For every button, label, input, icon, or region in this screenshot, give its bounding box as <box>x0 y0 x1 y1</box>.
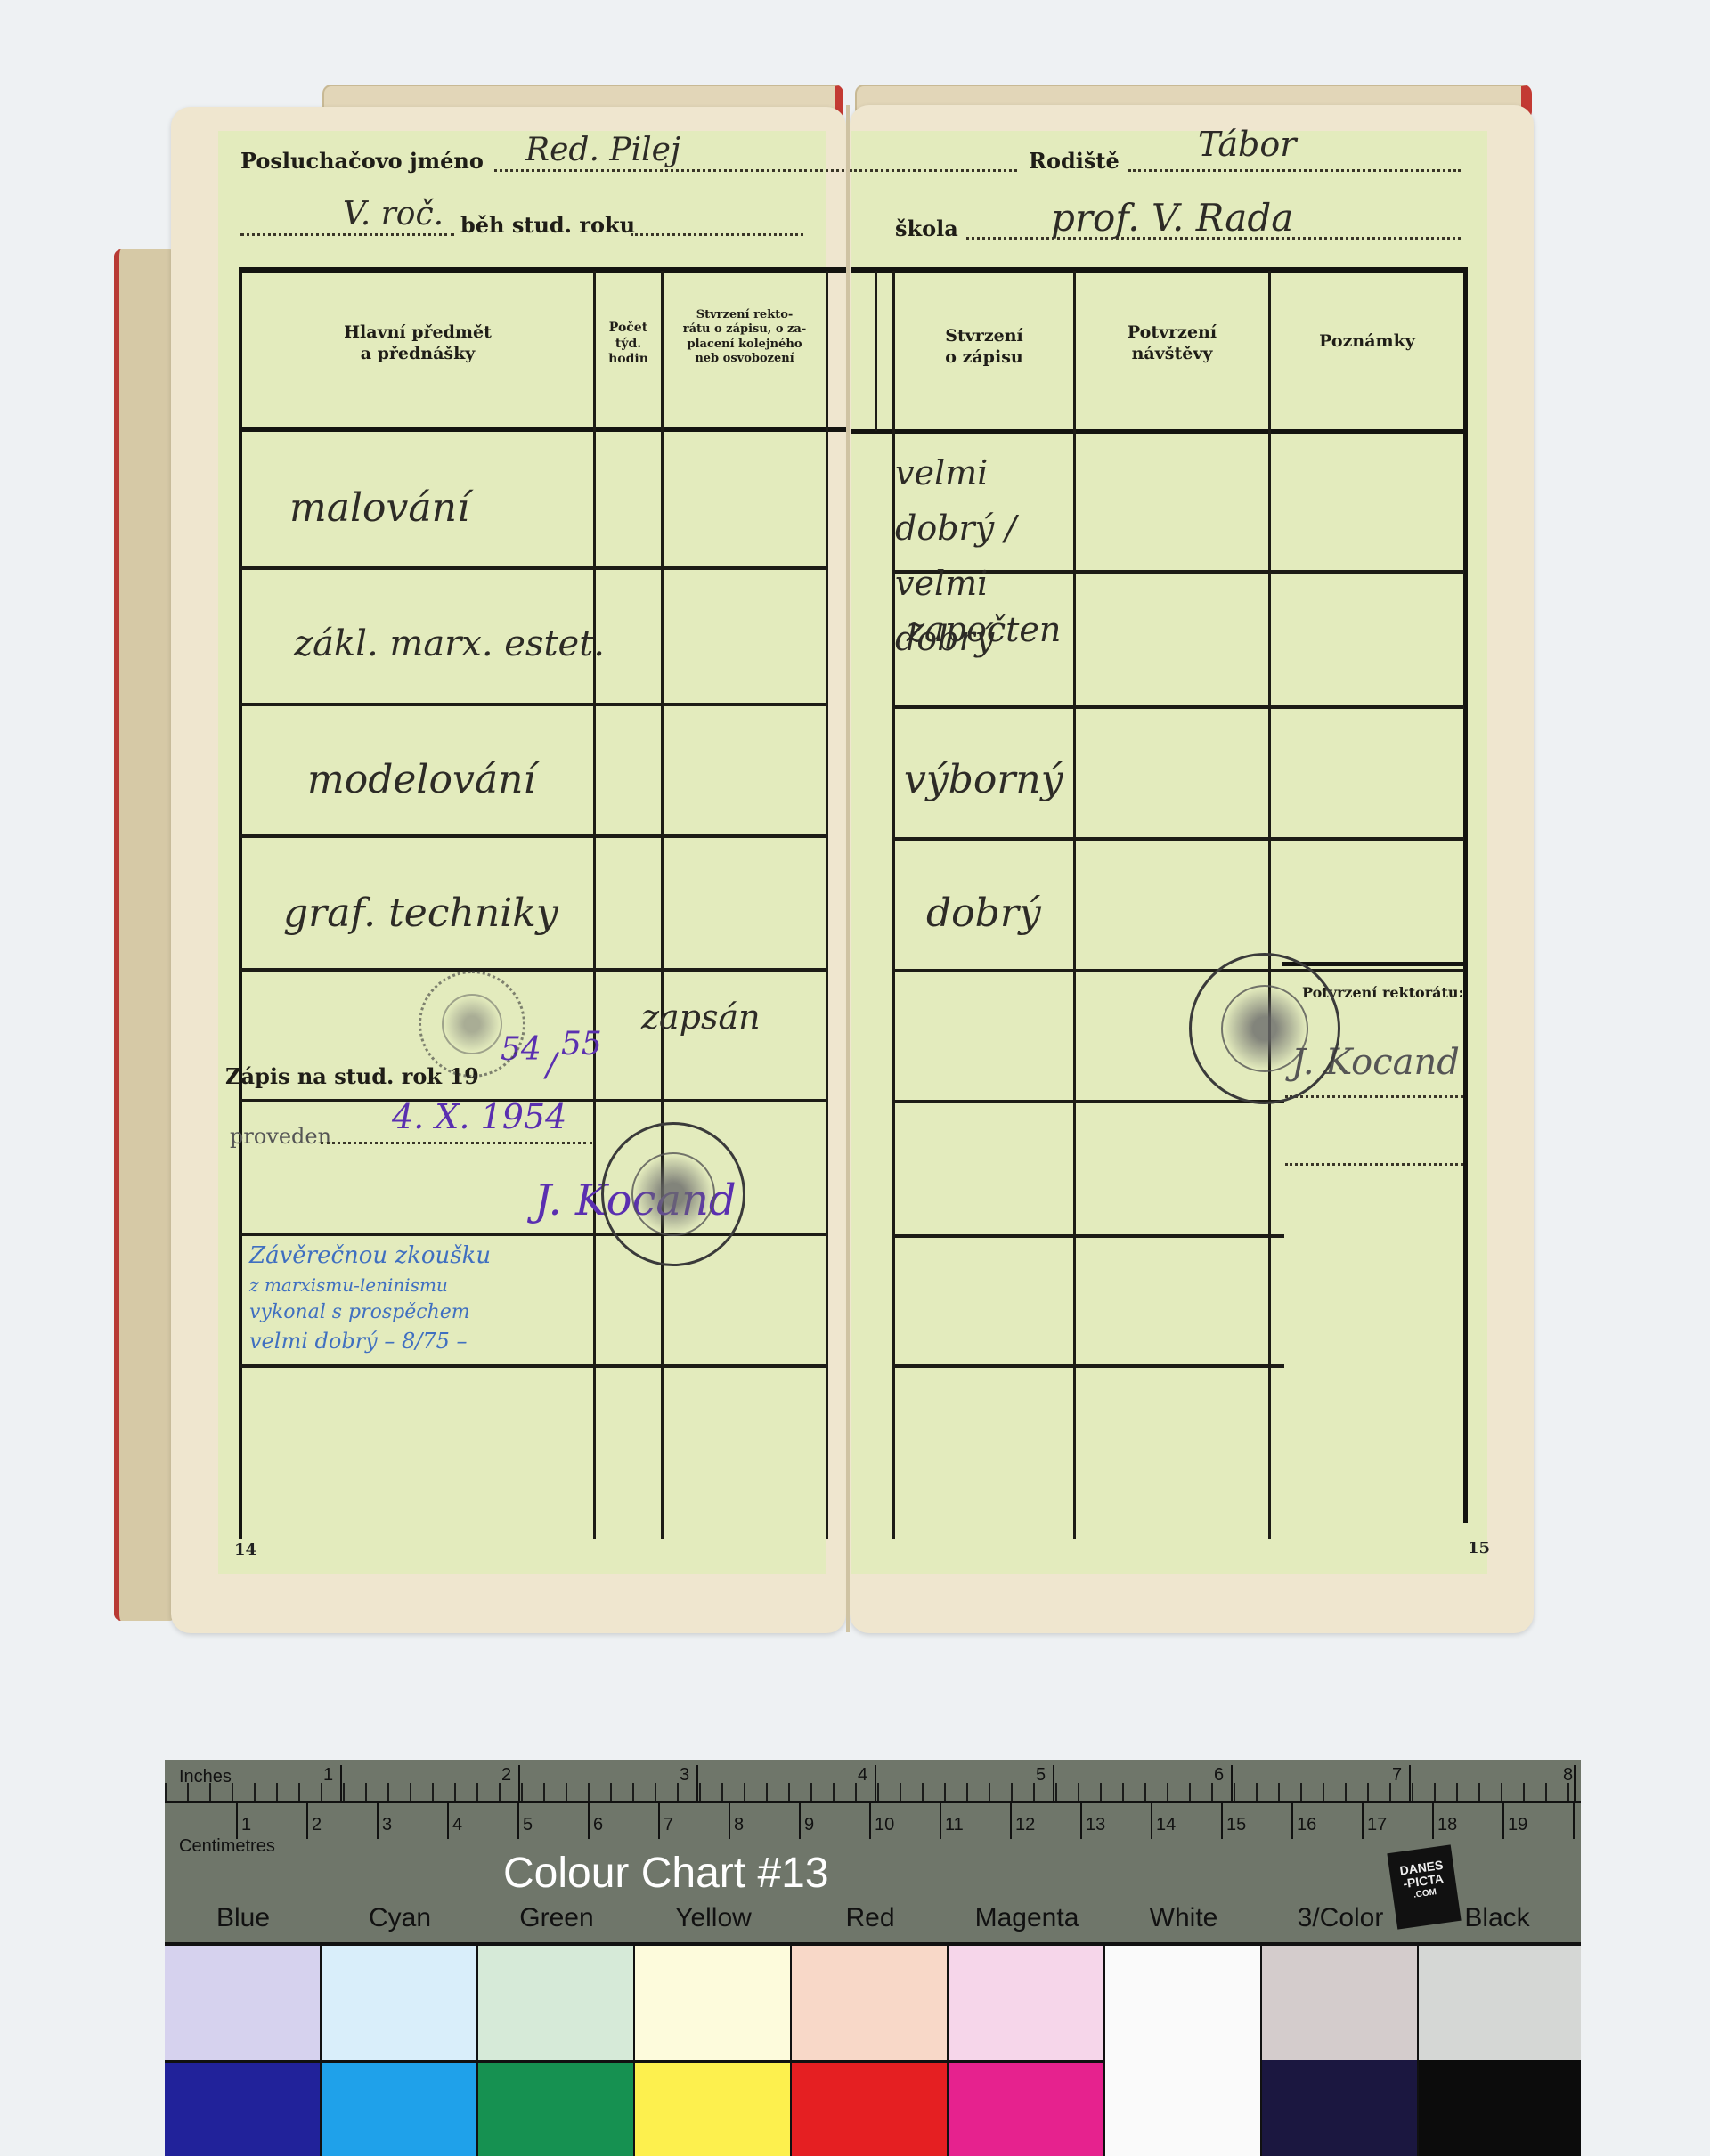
cm-mark: 4 <box>452 1815 462 1835</box>
header-line: Stvrzení rekto- <box>664 308 826 322</box>
row-divider <box>892 969 1464 972</box>
table-row-rectorate: zapsán <box>641 997 761 1037</box>
table-row-subject: graf. techniky <box>283 891 558 936</box>
swatch-label-white: White <box>1105 1903 1262 1933</box>
header-subject: Hlavní předmět a přednášky <box>242 322 593 365</box>
swatch-label-black: Black <box>1419 1903 1576 1933</box>
cm-mark: 18 <box>1437 1815 1457 1835</box>
swatch-dark-blue <box>165 2063 322 2156</box>
page-number-right: 15 <box>1468 1539 1490 1558</box>
year-line-left <box>240 233 454 236</box>
cm-mark: 12 <box>1015 1815 1035 1835</box>
swatch-dark-yellow <box>635 2063 792 2156</box>
year-label: běh stud. roku <box>460 212 635 238</box>
cm-mark: 16 <box>1297 1815 1316 1835</box>
header-enrol: Stvrzení o zápisu <box>895 326 1073 369</box>
header-line: o zápisu <box>895 347 1073 369</box>
swatch-label-magenta: Magenta <box>949 1903 1105 1933</box>
year-line-right <box>631 233 803 236</box>
table-row-enrol: dobrý <box>926 891 1041 936</box>
header-line: neb osvobození <box>664 352 826 366</box>
header-rectorate: Stvrzení rekto- rátu o zápisu, o za- pla… <box>664 308 826 366</box>
year-value: V. roč. <box>343 196 444 232</box>
cm-mark: 10 <box>875 1815 894 1835</box>
swatch-light-3color <box>1262 1946 1419 2060</box>
rectorate-box-top <box>1282 962 1465 966</box>
swatch-dark-magenta <box>949 2063 1105 2156</box>
header-line: rátu o zápisu, o za- <box>664 322 826 337</box>
swatch-dark-red <box>792 2063 949 2156</box>
cm-mark: 19 <box>1508 1815 1527 1835</box>
header-attendance: Potvrzení návštěvy <box>1076 322 1268 365</box>
rectorate-second-line <box>1285 1163 1463 1166</box>
col-divider <box>875 271 877 431</box>
table-row-subject: zákl. marx. estet. <box>294 623 605 664</box>
header-hours: Počet týd. hodin <box>596 321 661 368</box>
swatch-light-red <box>792 1946 949 2060</box>
note-line: vykonal s prospěchem <box>249 1298 491 1327</box>
cm-mark: 17 <box>1367 1815 1387 1835</box>
smudged-stamp <box>419 971 525 1078</box>
header-line: hodin <box>596 352 661 368</box>
header-line: a přednášky <box>242 344 593 365</box>
swatch-white <box>1105 1946 1262 2156</box>
header-line: Potvrzení <box>1076 322 1268 344</box>
performed-date: 4. X. 1954 <box>392 1097 566 1136</box>
table-left-border <box>239 267 242 1539</box>
header-line: Počet <box>596 321 661 337</box>
swatch-dark-3color <box>1262 2060 1419 2156</box>
header-line: Hlavní předmět <box>242 322 593 344</box>
row-divider <box>892 837 1464 841</box>
table-row-enrol: výborný <box>904 757 1063 802</box>
cm-mark: 3 <box>382 1815 392 1835</box>
school-label: škola <box>895 216 958 241</box>
name-line-continued <box>850 169 1017 172</box>
note-line: Závěrečnou zkoušku <box>249 1240 491 1272</box>
cm-mark: 11 <box>945 1815 964 1835</box>
book-gutter <box>846 105 850 1632</box>
row-divider <box>892 1364 1284 1368</box>
student-name-value: Red. Pilej <box>525 132 680 168</box>
page-number-left: 14 <box>234 1541 256 1559</box>
swatch-label-green: Green <box>478 1903 635 1933</box>
col-divider <box>826 271 828 1539</box>
table-row-subject: malování <box>289 485 469 531</box>
table-row-subject: modelování <box>307 757 535 802</box>
school-value: prof. V. Rada <box>1051 196 1293 240</box>
swatch-label-yellow: Yellow <box>635 1903 792 1933</box>
row-divider <box>240 703 826 706</box>
cm-mark: 5 <box>523 1815 533 1835</box>
swatch-light-cyan <box>322 1946 478 2060</box>
cm-mark: 9 <box>804 1815 814 1835</box>
record-book: Posluchačovo jméno Red. Pilej V. roč. bě… <box>0 0 1710 1692</box>
table-right-border <box>1463 267 1468 1523</box>
swatch-dark-green <box>478 2063 635 2156</box>
enrolment-year-sep: / <box>546 1047 557 1084</box>
performed-line <box>321 1142 592 1144</box>
cm-mark: 6 <box>593 1815 603 1835</box>
book-cover-edge <box>114 249 176 1621</box>
student-name-label: Posluchačovo jméno <box>240 148 484 174</box>
cm-mark: 14 <box>1156 1815 1176 1835</box>
cm-mark: 15 <box>1226 1815 1246 1835</box>
header-bottom-border <box>240 427 846 432</box>
swatch-label-red: Red <box>792 1903 949 1933</box>
header-line: placení kolejného <box>664 338 826 352</box>
cm-mark: 1 <box>241 1815 251 1835</box>
swatch-dark-cyan <box>322 2063 478 2156</box>
header-line: návštěvy <box>1076 344 1268 365</box>
table-top-border <box>851 267 1466 273</box>
col-divider <box>661 271 664 1539</box>
swatch-light-yellow <box>635 1946 792 2060</box>
header-bottom-border <box>851 429 1466 434</box>
cm-mark: 2 <box>312 1815 322 1835</box>
cm-mark: 13 <box>1086 1815 1105 1835</box>
header-line: týd. <box>596 337 661 353</box>
row-divider <box>240 968 826 972</box>
birthplace-line <box>1128 169 1461 172</box>
row-divider <box>892 1234 1284 1238</box>
birthplace-value: Tábor <box>1198 125 1296 164</box>
table-top-border <box>240 267 846 273</box>
cm-mark: 7 <box>664 1815 673 1835</box>
row-divider <box>240 1364 826 1368</box>
table-row-enrol: započten <box>907 610 1061 649</box>
swatch-label-blue: Blue <box>165 1903 322 1933</box>
swatch-label-3color: 3/Color <box>1262 1903 1419 1933</box>
swatch-light-blue <box>165 1946 322 2060</box>
row-divider <box>240 834 826 838</box>
col-divider <box>1268 271 1271 1539</box>
inch-minor-ticks <box>165 1783 1581 1801</box>
academy-stamp-right <box>1189 953 1340 1104</box>
birthplace-label: Rodiště <box>1029 148 1120 174</box>
colour-chart: Inches 1 2 3 4 5 6 7 8 1 2 3 4 5 6 7 8 9… <box>165 1760 1581 2156</box>
performed-label: proveden <box>230 1124 331 1149</box>
swatch-light-black <box>1419 1946 1581 2060</box>
row-divider <box>892 705 1464 709</box>
row-divider <box>892 1100 1284 1103</box>
header-line: Stvrzení <box>895 326 1073 347</box>
cm-mark: 8 <box>734 1815 744 1835</box>
academy-stamp-left <box>601 1122 745 1266</box>
row-divider <box>240 566 826 570</box>
swatch-label-cyan: Cyan <box>322 1903 478 1933</box>
header-line: Poznámky <box>1271 331 1463 353</box>
swatch-light-magenta <box>949 1946 1105 2060</box>
note-line: z marxismu-leninismu <box>249 1272 491 1298</box>
swatch-light-green <box>478 1946 635 2060</box>
col-divider <box>1073 271 1076 1539</box>
row-divider <box>240 1233 826 1236</box>
col-divider <box>593 271 596 1539</box>
note-line: velmi dobrý – 8/75 – <box>249 1327 491 1355</box>
centimetres-label: Centimetres <box>179 1836 275 1857</box>
rectorate-signature-line <box>1285 1095 1463 1098</box>
final-exam-note: Závěrečnou zkoušku z marxismu-leninismu … <box>249 1240 491 1355</box>
enrolment-year-to: 55 <box>561 1026 602 1062</box>
student-name-line <box>494 169 844 172</box>
chart-title: Colour Chart #13 <box>503 1849 829 1898</box>
swatch-dark-black <box>1419 2060 1581 2156</box>
header-notes: Poznámky <box>1271 331 1463 353</box>
